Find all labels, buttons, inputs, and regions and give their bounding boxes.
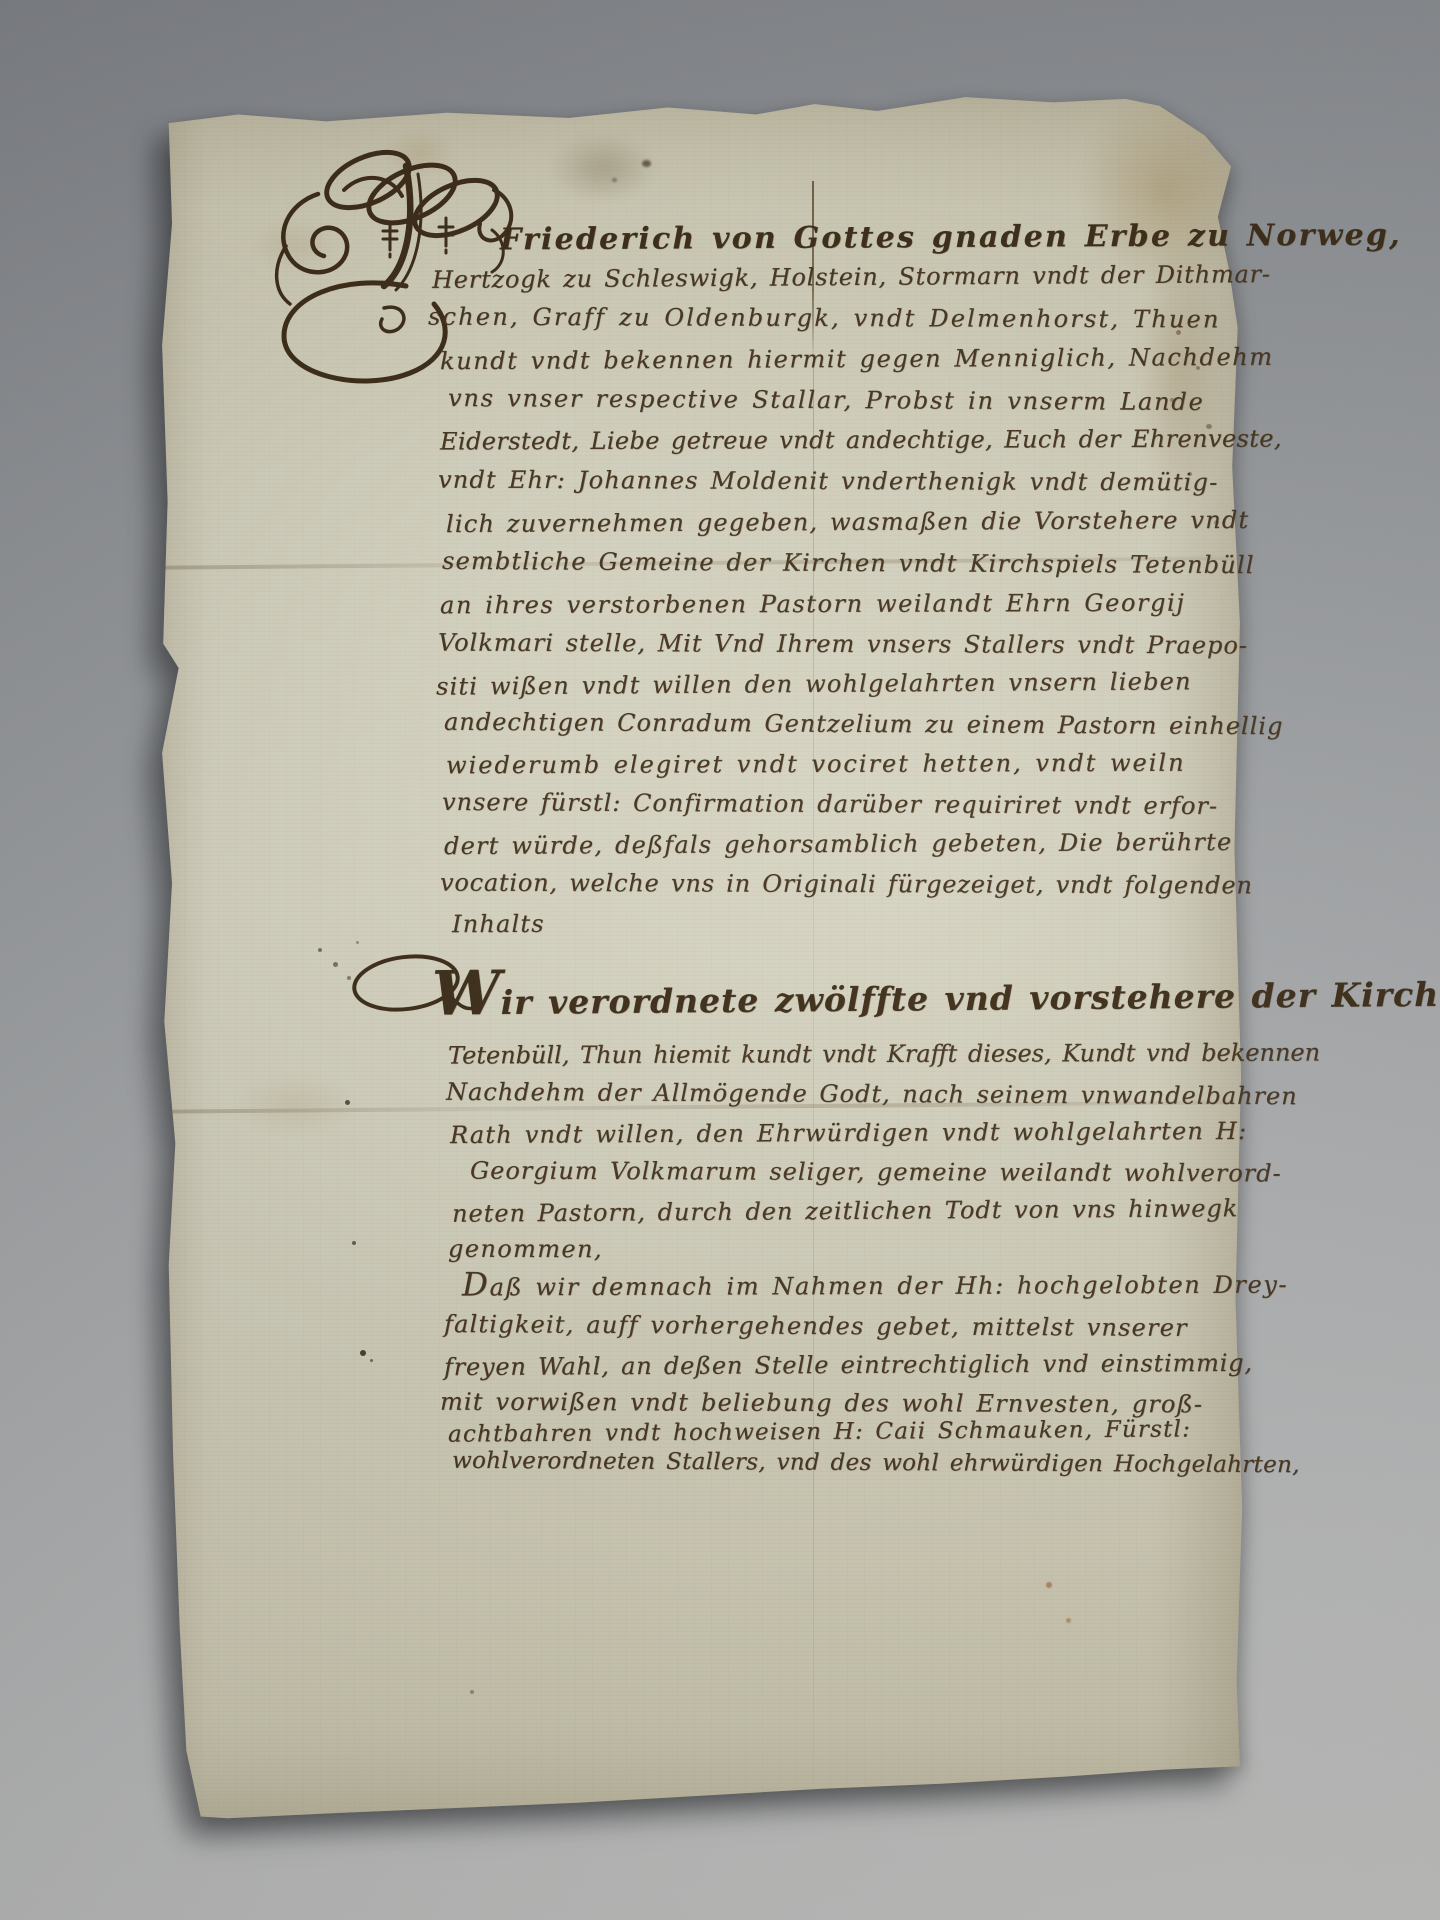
- manuscript-line-29: mit vorwißen vndt beliebung des wohl Ern…: [440, 1388, 1203, 1419]
- manuscript-line-28: freyen Wahl, an deßen Stelle eintrechtig…: [444, 1349, 1253, 1381]
- manuscript-line-13: andechtigen Conradum Gentzelium zu einem…: [444, 708, 1284, 740]
- photo-background: Friederich von Gottes gnaden Erbe zu Nor…: [0, 0, 1440, 1920]
- manuscript-line-3: schen, Graff zu Oldenburgk, vndt Delmenh…: [428, 303, 1221, 334]
- manuscript-line-24: neten Pastorn, durch den zeitlichen Todt…: [452, 1194, 1238, 1227]
- manuscript-line-30: achtbahren vndt hochweisen H: Caii Schma…: [448, 1416, 1191, 1447]
- manuscript-line-2: Hertzogk zu Schleswigk, Holstein, Storma…: [432, 260, 1271, 294]
- manuscript-line-16: dert würde, deßfals gehorsamblich gebete…: [444, 828, 1232, 860]
- manuscript-line-11: Volkmari stelle, Mit Vnd Ihrem vnsers St…: [438, 629, 1248, 660]
- manuscript-line-26: Daß wir demnach im Nahmen der Hh: hochge…: [462, 1271, 1288, 1302]
- manuscript-line-19: Wir verordnete zwölffte vnd vorstehere d…: [432, 967, 1440, 1022]
- manuscript-line-14: wiederumb elegiret vndt vociret hetten, …: [446, 749, 1186, 780]
- manuscript-line-17: vocation, welche vns in Originali fürgez…: [440, 869, 1253, 900]
- manuscript-line-8: lich zuvernehmen gegeben, wasmaßen die V…: [446, 506, 1249, 538]
- manuscript-line-22: Rath vndt willen, den Ehrwürdigen vndt w…: [450, 1117, 1247, 1149]
- manuscript-line-6: Eiderstedt, Liebe getreue vndt andechtig…: [440, 425, 1282, 456]
- manuscript-line-4: kundt vndt bekennen hiermit gegen Mennig…: [440, 343, 1274, 375]
- manuscript-line-31: wohlverordneten Stallers, vnd des wohl e…: [452, 1448, 1300, 1478]
- manuscript-line-27: faltigkeit, auff vorhergehendes gebet, m…: [444, 1310, 1188, 1342]
- manuscript-line-18: Inhalts: [452, 910, 545, 938]
- manuscript-line-20: Tetenbüll, Thun hiemit kundt vndt Krafft…: [448, 1038, 1320, 1069]
- manuscript-line-9: sembtliche Gemeine der Kirchen vndt Kirc…: [442, 547, 1255, 579]
- manuscript-line-7: vndt Ehr: Johannes Moldenit vnderthenigk…: [438, 466, 1219, 497]
- manuscript-line-15: vnsere fürstl: Confirmation darüber requ…: [442, 788, 1218, 820]
- manuscript-line-21: Nachdehm der Allmögende Godt, nach seine…: [446, 1078, 1298, 1110]
- manuscript-line-5: vns vnser respective Stallar, Probst in …: [448, 384, 1205, 416]
- manuscript-text: Friederich von Gottes gnaden Erbe zu Nor…: [0, 0, 1440, 1920]
- manuscript-line-10: an ihres verstorbenen Pastorn weilandt E…: [440, 589, 1185, 620]
- manuscript-line-12: siti wißen vndt willen den wohlgelahrten…: [436, 667, 1192, 700]
- manuscript-line-23: Georgium Volkmarum seliger, gemeine weil…: [470, 1157, 1282, 1188]
- manuscript-line-25: genommen,: [448, 1235, 603, 1264]
- manuscript-line-1: Friederich von Gottes gnaden Erbe zu Nor…: [500, 218, 1402, 258]
